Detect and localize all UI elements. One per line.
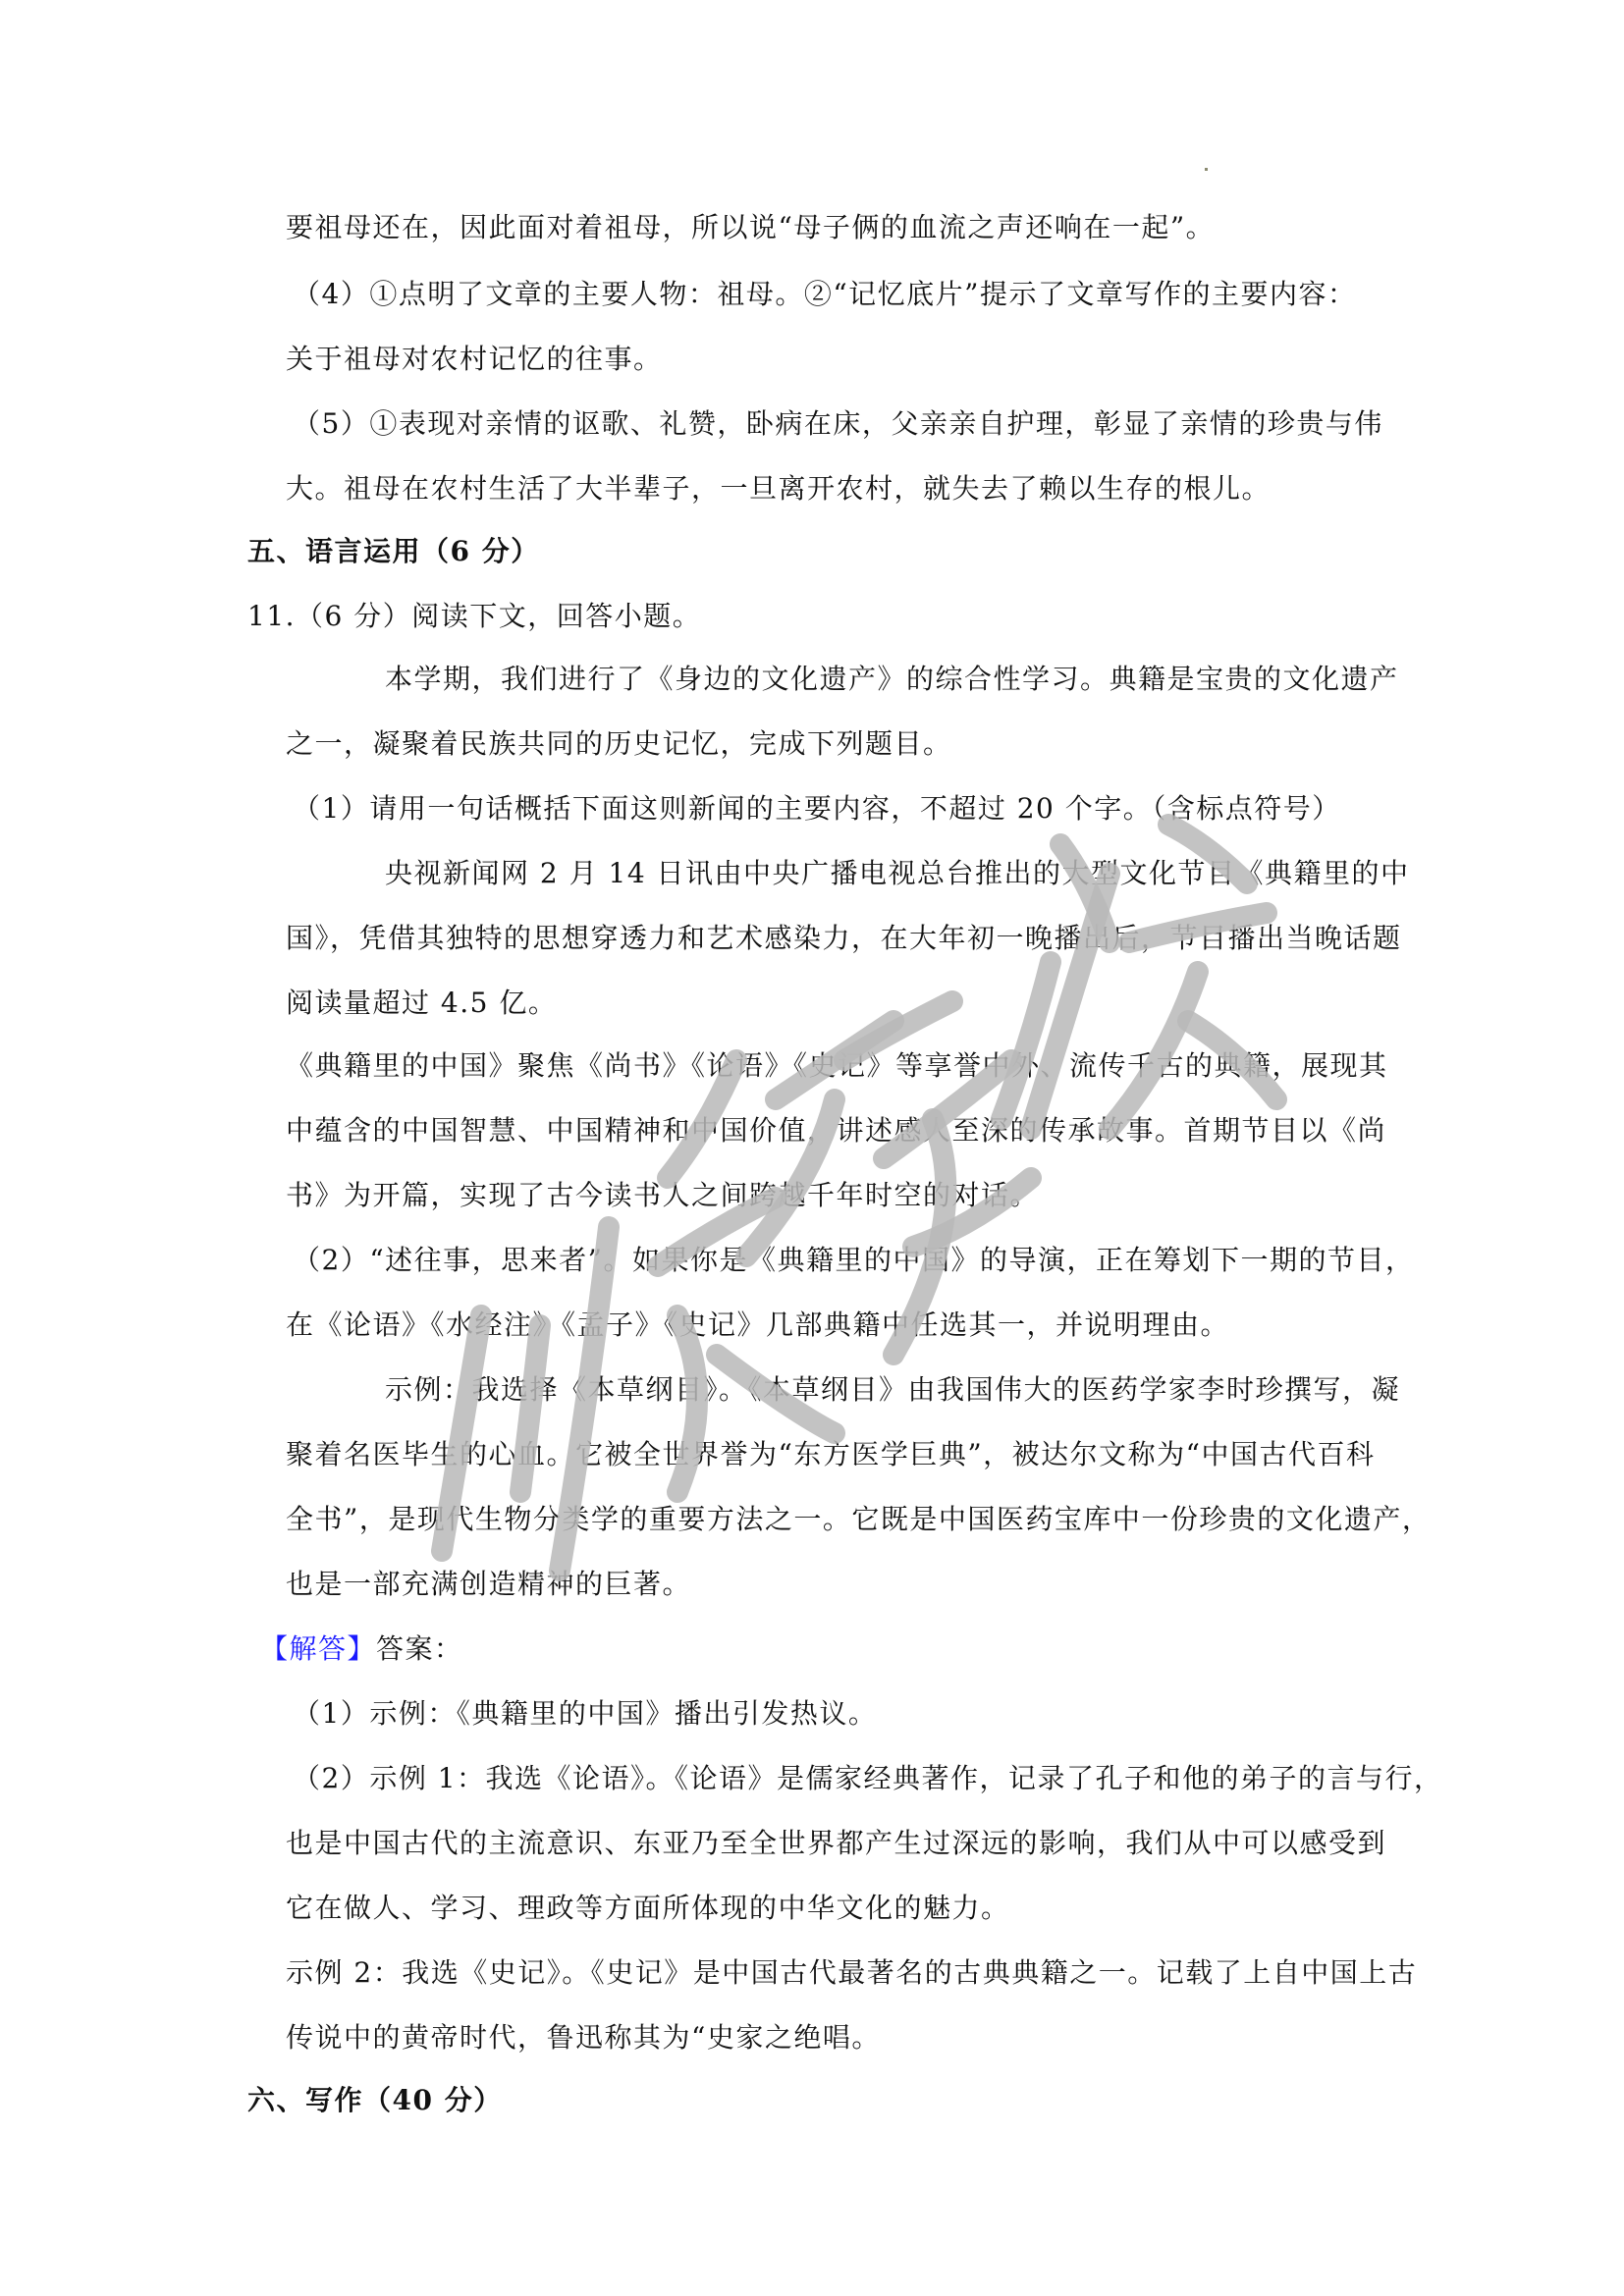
news-line: 国》，凭借其独特的思想穿透力和艺术感染力，在大年初一晚播出后，节目播出当晚话题 <box>286 919 1402 958</box>
answer-line: 关于祖母对农村记忆的往事。 <box>286 340 663 379</box>
example-line: 聚着名医毕生的心血。它被全世界誉为“东方医学巨典”，被达尔文称为“中国古代百科 <box>286 1435 1375 1474</box>
section-heading-writing: 六、写作（40 分） <box>247 2081 503 2120</box>
news-line: 书》为开篇，实现了古今读书人之间跨越千年时空的对话。 <box>286 1176 1039 1215</box>
sub-question-1: （1）请用一句话概括下面这则新闻的主要内容，不超过 20 个字。（含标点符号） <box>293 789 1341 828</box>
scan-speck <box>1205 168 1208 171</box>
answer-2-example-1: （2）示例 1：我选《论语》。《论语》是儒家经典著作，记录了孔子和他的弟子的言与… <box>293 1759 1443 1798</box>
answer-label: 【解答】 <box>260 1632 376 1665</box>
question-11-title: 11.（6 分）阅读下文，回答小题。 <box>247 597 701 636</box>
answer-2-example-2: 示例 2：我选《史记》。《史记》是中国古代最著名的古典典籍之一。记载了上自中国上… <box>286 1953 1417 1993</box>
news-line: 《典籍里的中国》聚焦《尚书》《论语》《史记》等享誉中外、流传千古的典籍，展现其 <box>286 1046 1388 1086</box>
news-line: 阅读量超过 4.5 亿。 <box>286 984 557 1023</box>
section-heading-language-use: 五、语言运用（6 分） <box>247 532 540 571</box>
answer-line: 也是中国古代的主流意识、东亚乃至全世界都产生过深远的影响，我们从中可以感受到 <box>286 1824 1386 1863</box>
answer-line: 传说中的黄帝时代，鲁迅称其为“史家之绝唱。 <box>286 2018 881 2057</box>
answer-label-text: 答案： <box>376 1632 463 1665</box>
exam-page: 要祖母还在，因此面对着祖母，所以说“母子俩的血流之声还响在一起”。 （4）①点明… <box>0 0 1624 2296</box>
sub-question-2: （2）“述往事，思来者”。如果你是《典籍里的中国》的导演，正在筹划下一期的节目， <box>293 1241 1414 1280</box>
news-line: 央视新闻网 2 月 14 日讯由中央广播电视总台推出的大型文化节目《典籍里的中 <box>385 854 1410 893</box>
answer-1: （1）示例：《典籍里的中国》播出引发热议。 <box>293 1694 877 1734</box>
answer-line: 它在做人、学习、理政等方面所体现的中华文化的魅力。 <box>286 1889 1010 1928</box>
answer-line: 大。祖母在农村生活了大半辈子，一旦离开农村，就失去了赖以生存的根儿。 <box>286 469 1271 508</box>
passage-line: 之一，凝聚着民族共同的历史记忆，完成下列题目。 <box>286 724 952 764</box>
news-line: 中蕴含的中国智慧、中国精神和中国价值，讲述感人至深的传承故事。首期节目以《尚 <box>286 1111 1386 1150</box>
question-line: 在《论语》《水经注》《孟子》《史记》几部典籍中任选其一，并说明理由。 <box>286 1306 1229 1345</box>
answer-line: 要祖母还在，因此面对着祖母，所以说“母子俩的血流之声还响在一起”。 <box>286 208 1215 247</box>
answer-item-5: （5）①表现对亲情的讴歌、礼赞，卧病在床，父亲亲自护理，彰显了亲情的珍贵与伟 <box>293 404 1383 444</box>
answer-item-4: （4）①点明了文章的主要人物：祖母。②“记忆底片”提示了文章写作的主要内容： <box>293 275 1356 314</box>
example-line: 全书”，是现代生物分类学的重要方法之一。它既是中国医药宝库中一份珍贵的文化遗产， <box>286 1500 1431 1539</box>
passage-line: 本学期，我们进行了《身边的文化遗产》的综合性学习。典籍是宝贵的文化遗产 <box>385 660 1399 699</box>
answer-header: 【解答】答案： <box>260 1629 463 1669</box>
example-line: 示例：我选择《本草纲目》。《本草纲目》由我国伟大的医药学家李时珍撰写，凝 <box>385 1370 1400 1410</box>
example-line: 也是一部充满创造精神的巨著。 <box>286 1565 691 1604</box>
